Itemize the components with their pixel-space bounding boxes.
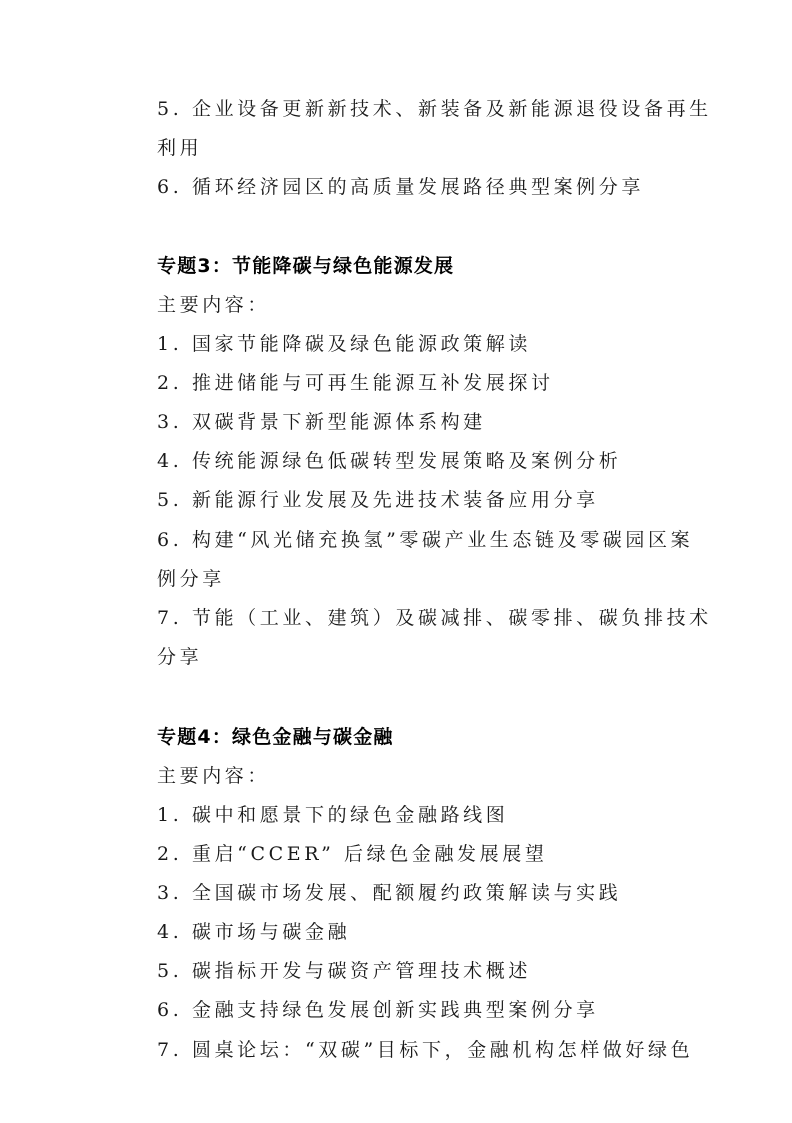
list-item: 6. 金融支持绿色发展创新实践典型案例分享 [157,998,599,1022]
list-item: 2. 推进储能与可再生能源互补发展探讨 [157,371,554,395]
list-item: 7. 圆桌论坛：“双碳”目标下，金融机构怎样做好绿色 [157,1038,693,1062]
list-item-continuation: 分享 [157,645,202,669]
list-item: 3. 全国碳市场发展、配额履约政策解读与实践 [157,881,621,905]
topic3-intro: 主要内容： [157,293,270,317]
list-item-continuation: 利用 [157,136,202,160]
topic4-heading: 专题4：绿色金融与碳金融 [157,725,394,749]
list-item: 6. 循环经济园区的高质量发展路径典型案例分享 [157,175,644,199]
list-item-continuation: 例分享 [157,567,225,591]
topic4-intro: 主要内容： [157,764,270,788]
list-item: 1. 碳中和愿景下的绿色金融路线图 [157,803,508,827]
list-item: 7. 节能（工业、建筑）及碳减排、碳零排、碳负排技术 [157,606,712,630]
list-item: 5. 企业设备更新新技术、新装备及新能源退役设备再生 [157,97,712,121]
list-item: 6. 构建“风光储充换氢”零碳产业生态链及零碳园区案 [157,528,693,552]
list-item: 1. 国家节能降碳及绿色能源政策解读 [157,332,531,356]
list-item: 3. 双碳背景下新型能源体系构建 [157,410,486,434]
list-item: 4. 碳市场与碳金融 [157,920,350,944]
list-item: 5. 新能源行业发展及先进技术装备应用分享 [157,488,599,512]
list-item: 4. 传统能源绿色低碳转型发展策略及案例分析 [157,449,621,473]
topic3-heading: 专题3：节能降碳与绿色能源发展 [157,254,454,278]
list-item: 5. 碳指标开发与碳资产管理技术概述 [157,959,531,983]
list-item: 2. 重启“CCER” 后绿色金融发展展望 [157,842,547,866]
